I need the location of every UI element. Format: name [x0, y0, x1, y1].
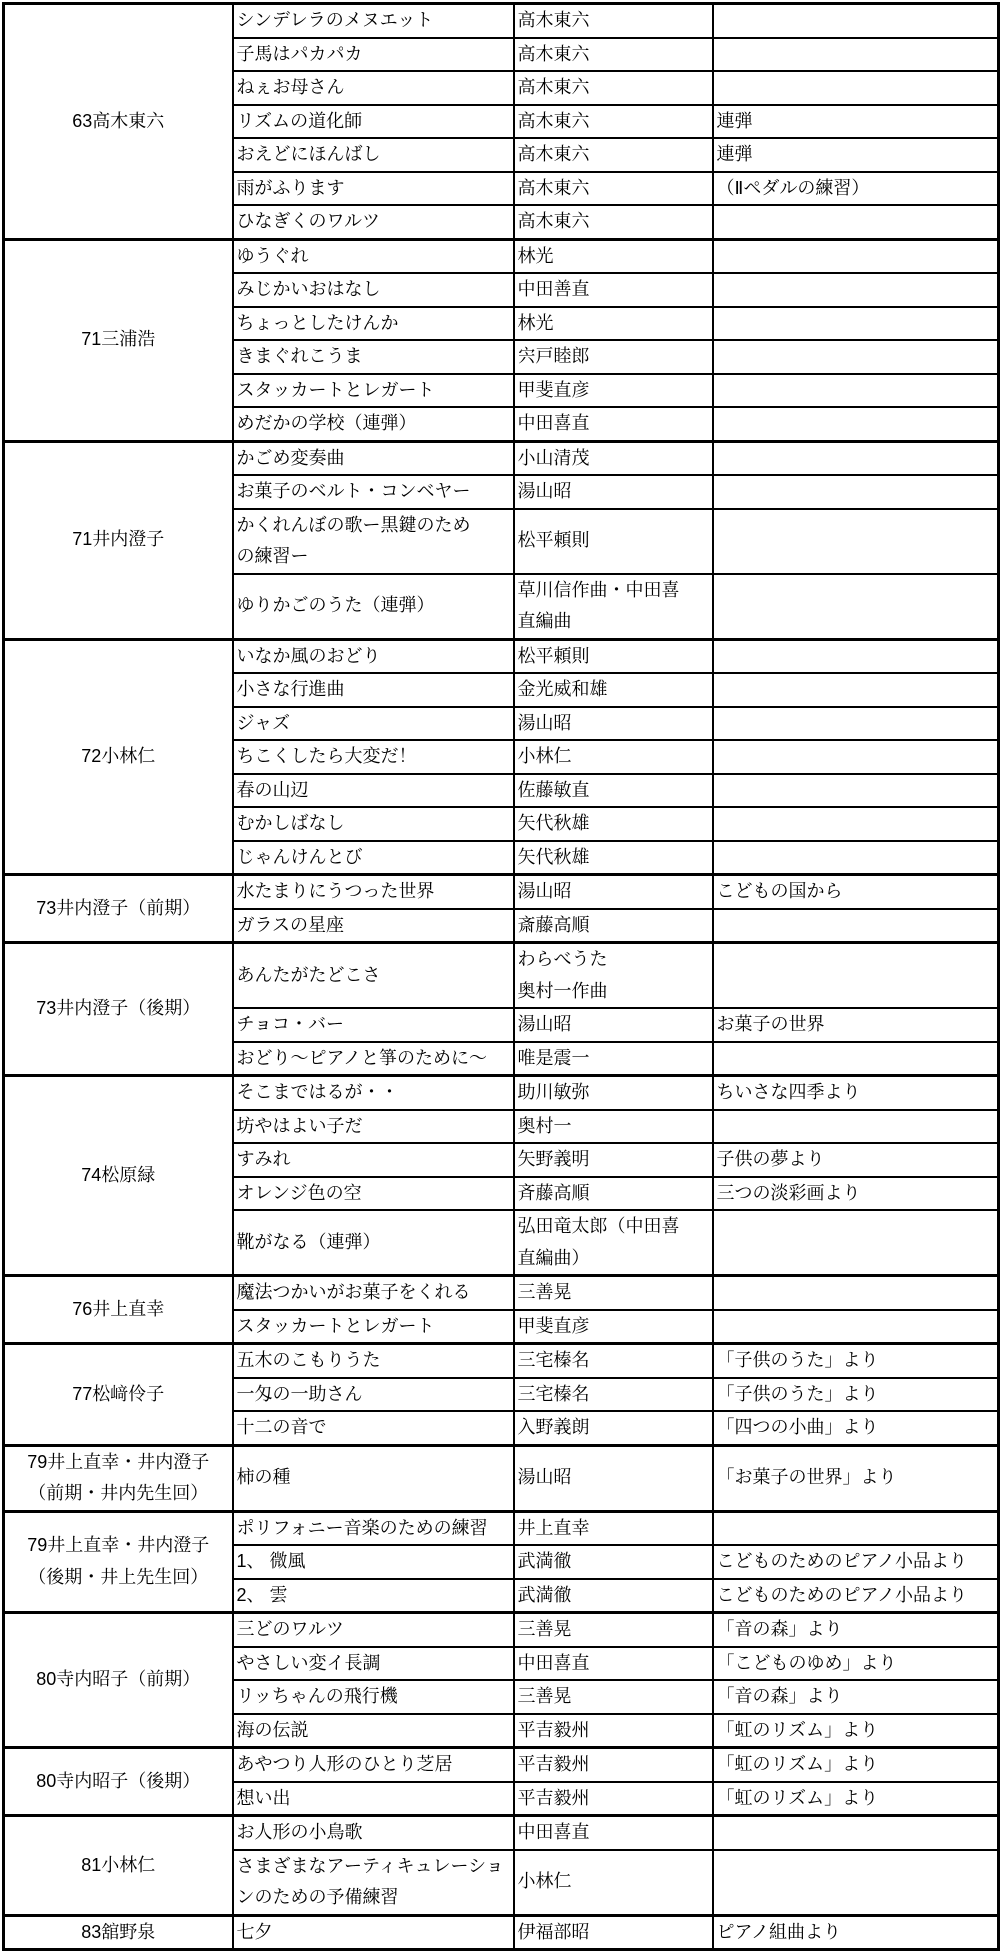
composer-cell: 矢代秋雄 — [514, 807, 713, 841]
title-cell: 春の山辺 — [233, 774, 514, 808]
note-cell — [713, 407, 999, 441]
composer-cell: 高木東六 — [514, 4, 713, 38]
composer-cell: 唯是震一 — [514, 1042, 713, 1076]
title-cell: 一匁の一助さん — [233, 1378, 514, 1412]
group-cell: 79井上直幸・井内澄子 （前期・井内先生回） — [4, 1445, 233, 1511]
note-cell — [713, 774, 999, 808]
composer-cell: 湯山昭 — [514, 475, 713, 509]
composer-cell: 平吉毅州 — [514, 1782, 713, 1816]
group-cell: 80寺内昭子（前期） — [4, 1613, 233, 1748]
table-row: 74松原緑そこまではるが・・助川敏弥ちいさな四季より — [4, 1076, 999, 1110]
note-cell: 「四つの小曲」より — [713, 1411, 999, 1445]
note-cell: 「音の森」より — [713, 1613, 999, 1647]
title-cell: むかしばなし — [233, 807, 514, 841]
composer-cell: 弘田竜太郎（中田喜 直編曲） — [514, 1210, 713, 1276]
title-cell: 七夕 — [233, 1915, 514, 1950]
title-cell: そこまではるが・・ — [233, 1076, 514, 1110]
composer-cell: 奥村一 — [514, 1110, 713, 1144]
group-cell: 63高木東六 — [4, 4, 233, 240]
note-cell — [713, 574, 999, 640]
title-cell: 靴がなる（連弾） — [233, 1210, 514, 1276]
title-cell: 坊やはよい子だ — [233, 1110, 514, 1144]
composer-cell: 伊福部昭 — [514, 1915, 713, 1950]
title-cell: さまざまなアーティキュレーショ ンのための予備練習 — [233, 1850, 514, 1916]
composer-cell: 三善晃 — [514, 1276, 713, 1310]
title-cell: ゆりかごのうた（連弾） — [233, 574, 514, 640]
title-cell: オレンジ色の空 — [233, 1177, 514, 1211]
note-cell — [713, 239, 999, 273]
title-cell: ちこくしたら大変だ！ — [233, 740, 514, 774]
note-cell: 「お菓子の世界」より — [713, 1445, 999, 1511]
composer-cell: 湯山昭 — [514, 1445, 713, 1511]
composer-cell: 高木東六 — [514, 205, 713, 239]
table-row: 76井上直幸魔法つかいがお菓子をくれる三善晃 — [4, 1276, 999, 1310]
composer-cell: 高木東六 — [514, 71, 713, 105]
title-cell: 十二の音で — [233, 1411, 514, 1445]
note-cell — [713, 1310, 999, 1344]
group-cell: 73井内澄子（前期） — [4, 875, 233, 943]
table-row: 80寺内昭子（前期）三どのワルツ三善晃「音の森」より — [4, 1613, 999, 1647]
note-cell: （Ⅱペダルの練習） — [713, 172, 999, 206]
composer-cell: 中田喜直 — [514, 1647, 713, 1681]
table-row: 71井内澄子かごめ変奏曲小山清茂 — [4, 441, 999, 475]
group-cell: 72小林仁 — [4, 639, 233, 875]
note-cell: 「音の森」より — [713, 1680, 999, 1714]
note-cell — [713, 273, 999, 307]
group-cell: 80寺内昭子（後期） — [4, 1748, 233, 1816]
composer-cell: 林光 — [514, 307, 713, 341]
table-row: 73井内澄子（前期）水たまりにうつった世界湯山昭こどもの国から — [4, 875, 999, 909]
note-cell: 「こどものゆめ」より — [713, 1647, 999, 1681]
composer-cell: 三宅榛名 — [514, 1344, 713, 1378]
note-cell: 三つの淡彩画より — [713, 1177, 999, 1211]
note-cell: ピアノ組曲より — [713, 1915, 999, 1950]
note-cell: ちいさな四季より — [713, 1076, 999, 1110]
note-cell — [713, 943, 999, 1009]
table-row: 83舘野泉七夕伊福部昭ピアノ組曲より — [4, 1915, 999, 1950]
title-cell: 小さな行進曲 — [233, 673, 514, 707]
composer-cell: 三善晃 — [514, 1613, 713, 1647]
title-cell: 柿の種 — [233, 1445, 514, 1511]
composer-cell: 金光威和雄 — [514, 673, 713, 707]
title-cell: ねぇお母さん — [233, 71, 514, 105]
group-cell: 83舘野泉 — [4, 1915, 233, 1950]
note-cell — [713, 1850, 999, 1916]
composer-cell: 小林仁 — [514, 740, 713, 774]
title-cell: おどり～ピアノと箏のために～ — [233, 1042, 514, 1076]
table-row: 63高木東六シンデレラのメヌエット高木東六 — [4, 4, 999, 38]
title-cell: 海の伝説 — [233, 1714, 514, 1748]
composer-cell: 三宅榛名 — [514, 1378, 713, 1412]
note-cell — [713, 1276, 999, 1310]
composer-cell: 入野義朗 — [514, 1411, 713, 1445]
title-cell: ジャズ — [233, 707, 514, 741]
title-cell: 水たまりにうつった世界 — [233, 875, 514, 909]
title-cell: かごめ変奏曲 — [233, 441, 514, 475]
note-cell — [713, 707, 999, 741]
title-cell: 三どのワルツ — [233, 1613, 514, 1647]
title-cell: 五木のこもりうた — [233, 1344, 514, 1378]
composer-cell: 助川敏弥 — [514, 1076, 713, 1110]
note-cell — [713, 71, 999, 105]
title-cell: スタッカートとレガート — [233, 374, 514, 408]
title-cell: めだかの学校（連弾） — [233, 407, 514, 441]
table-row: 71三浦浩ゆうぐれ林光 — [4, 239, 999, 273]
composer-cell: 湯山昭 — [514, 875, 713, 909]
composer-cell: 矢野義明 — [514, 1143, 713, 1177]
composer-cell: 斎藤高順 — [514, 909, 713, 943]
composer-cell: 松平頼則 — [514, 639, 713, 673]
composer-cell: 宍戸睦郎 — [514, 340, 713, 374]
note-cell — [713, 1210, 999, 1276]
note-cell: こどものためのピアノ小品より — [713, 1579, 999, 1613]
composer-cell: 矢代秋雄 — [514, 841, 713, 875]
composer-cell: 小山清茂 — [514, 441, 713, 475]
table-body: 63高木東六シンデレラのメヌエット高木東六子馬はパカパカ高木東六ねぇお母さん高木… — [4, 4, 999, 1950]
group-cell: 77松﨑伶子 — [4, 1344, 233, 1446]
note-cell — [713, 673, 999, 707]
composer-cell: 甲斐直彦 — [514, 1310, 713, 1344]
note-cell — [713, 38, 999, 72]
title-cell: ポリフォニー音楽のための練習 — [233, 1511, 514, 1545]
title-cell: お菓子のベルト・コンベヤー — [233, 475, 514, 509]
title-cell: いなか風のおどり — [233, 639, 514, 673]
title-cell: ひなぎくのワルツ — [233, 205, 514, 239]
composer-cell: 林光 — [514, 239, 713, 273]
title-cell: あんたがたどこさ — [233, 943, 514, 1009]
note-cell: 「虹のリズム」より — [713, 1782, 999, 1816]
note-cell: 「虹のリズム」より — [713, 1748, 999, 1782]
note-cell — [713, 340, 999, 374]
note-cell: こどもの国から — [713, 875, 999, 909]
title-cell: 雨がふります — [233, 172, 514, 206]
note-cell — [713, 1511, 999, 1545]
note-cell: 連弾 — [713, 105, 999, 139]
composer-cell: 三善晃 — [514, 1680, 713, 1714]
title-cell: 1、 微風 — [233, 1545, 514, 1579]
composer-cell: 甲斐直彦 — [514, 374, 713, 408]
title-cell: チョコ・バー — [233, 1008, 514, 1042]
note-cell — [713, 1110, 999, 1144]
note-cell: 「虹のリズム」より — [713, 1714, 999, 1748]
note-cell — [713, 475, 999, 509]
note-cell — [713, 807, 999, 841]
title-cell: 2、 雲 — [233, 1579, 514, 1613]
table-row: 80寺内昭子（後期）あやつり人形のひとり芝居平吉毅州「虹のリズム」より — [4, 1748, 999, 1782]
group-cell: 76井上直幸 — [4, 1276, 233, 1344]
composer-cell: 佐藤敏直 — [514, 774, 713, 808]
composer-cell: 武満徹 — [514, 1579, 713, 1613]
composer-cell: 湯山昭 — [514, 707, 713, 741]
title-cell: 魔法つかいがお菓子をくれる — [233, 1276, 514, 1310]
note-cell — [713, 205, 999, 239]
title-cell: ガラスの星座 — [233, 909, 514, 943]
table-row: 79井上直幸・井内澄子 （後期・井上先生回）ポリフォニー音楽のための練習井上直幸 — [4, 1511, 999, 1545]
note-cell — [713, 1816, 999, 1850]
title-cell: おえどにほんばし — [233, 138, 514, 172]
title-cell: かくれんぼの歌ー黒鍵のため の練習ー — [233, 509, 514, 574]
group-cell: 73井内澄子（後期） — [4, 943, 233, 1076]
composer-cell: 高木東六 — [514, 172, 713, 206]
group-cell: 71三浦浩 — [4, 239, 233, 441]
title-cell: きまぐれこうま — [233, 340, 514, 374]
title-cell: リズムの道化師 — [233, 105, 514, 139]
title-cell: スタッカートとレガート — [233, 1310, 514, 1344]
note-cell — [713, 841, 999, 875]
composer-cell: 斉藤高順 — [514, 1177, 713, 1211]
note-cell — [713, 740, 999, 774]
group-cell: 71井内澄子 — [4, 441, 233, 639]
repertoire-table: 63高木東六シンデレラのメヌエット高木東六子馬はパカパカ高木東六ねぇお母さん高木… — [2, 2, 1000, 1951]
table-row: 79井上直幸・井内澄子 （前期・井内先生回）柿の種湯山昭「お菓子の世界」より — [4, 1445, 999, 1511]
note-cell — [713, 909, 999, 943]
composer-cell: 平吉毅州 — [514, 1714, 713, 1748]
title-cell: 想い出 — [233, 1782, 514, 1816]
composer-cell: 平吉毅州 — [514, 1748, 713, 1782]
title-cell: ちょっとしたけんか — [233, 307, 514, 341]
note-cell — [713, 4, 999, 38]
composer-cell: わらべうた 奥村一作曲 — [514, 943, 713, 1009]
composer-cell: 武満徹 — [514, 1545, 713, 1579]
note-cell: こどものためのピアノ小品より — [713, 1545, 999, 1579]
composer-cell: 松平頼則 — [514, 509, 713, 574]
group-cell: 79井上直幸・井内澄子 （後期・井上先生回） — [4, 1511, 233, 1613]
note-cell — [713, 374, 999, 408]
title-cell: あやつり人形のひとり芝居 — [233, 1748, 514, 1782]
title-cell: やさしい変イ長調 — [233, 1647, 514, 1681]
table-row: 73井内澄子（後期）あんたがたどこさわらべうた 奥村一作曲 — [4, 943, 999, 1009]
composer-cell: 中田喜直 — [514, 1816, 713, 1850]
title-cell: すみれ — [233, 1143, 514, 1177]
composer-cell: 草川信作曲・中田喜 直編曲 — [514, 574, 713, 640]
document-page: { "table": { "columns": ["group", "title… — [0, 2, 1000, 1951]
composer-cell: 中田喜直 — [514, 407, 713, 441]
title-cell: シンデレラのメヌエット — [233, 4, 514, 38]
title-cell: じゃんけんとび — [233, 841, 514, 875]
note-cell — [713, 441, 999, 475]
note-cell: 「子供のうた」より — [713, 1344, 999, 1378]
group-cell: 74松原緑 — [4, 1076, 233, 1276]
title-cell: お人形の小鳥歌 — [233, 1816, 514, 1850]
composer-cell: 小林仁 — [514, 1850, 713, 1916]
table-row: 72小林仁いなか風のおどり松平頼則 — [4, 639, 999, 673]
group-cell: 81小林仁 — [4, 1816, 233, 1916]
note-cell: 連弾 — [713, 138, 999, 172]
composer-cell: 高木東六 — [514, 105, 713, 139]
note-cell — [713, 1042, 999, 1076]
title-cell: ゆうぐれ — [233, 239, 514, 273]
title-cell: リッちゃんの飛行機 — [233, 1680, 514, 1714]
composer-cell: 高木東六 — [514, 138, 713, 172]
title-cell: 子馬はパカパカ — [233, 38, 514, 72]
note-cell: お菓子の世界 — [713, 1008, 999, 1042]
note-cell — [713, 509, 999, 574]
composer-cell: 湯山昭 — [514, 1008, 713, 1042]
note-cell: 「子供のうた」より — [713, 1378, 999, 1412]
composer-cell: 高木東六 — [514, 38, 713, 72]
note-cell — [713, 639, 999, 673]
table-row: 77松﨑伶子五木のこもりうた三宅榛名「子供のうた」より — [4, 1344, 999, 1378]
composer-cell: 井上直幸 — [514, 1511, 713, 1545]
composer-cell: 中田善直 — [514, 273, 713, 307]
title-cell: みじかいおはなし — [233, 273, 514, 307]
note-cell: 子供の夢より — [713, 1143, 999, 1177]
note-cell — [713, 307, 999, 341]
